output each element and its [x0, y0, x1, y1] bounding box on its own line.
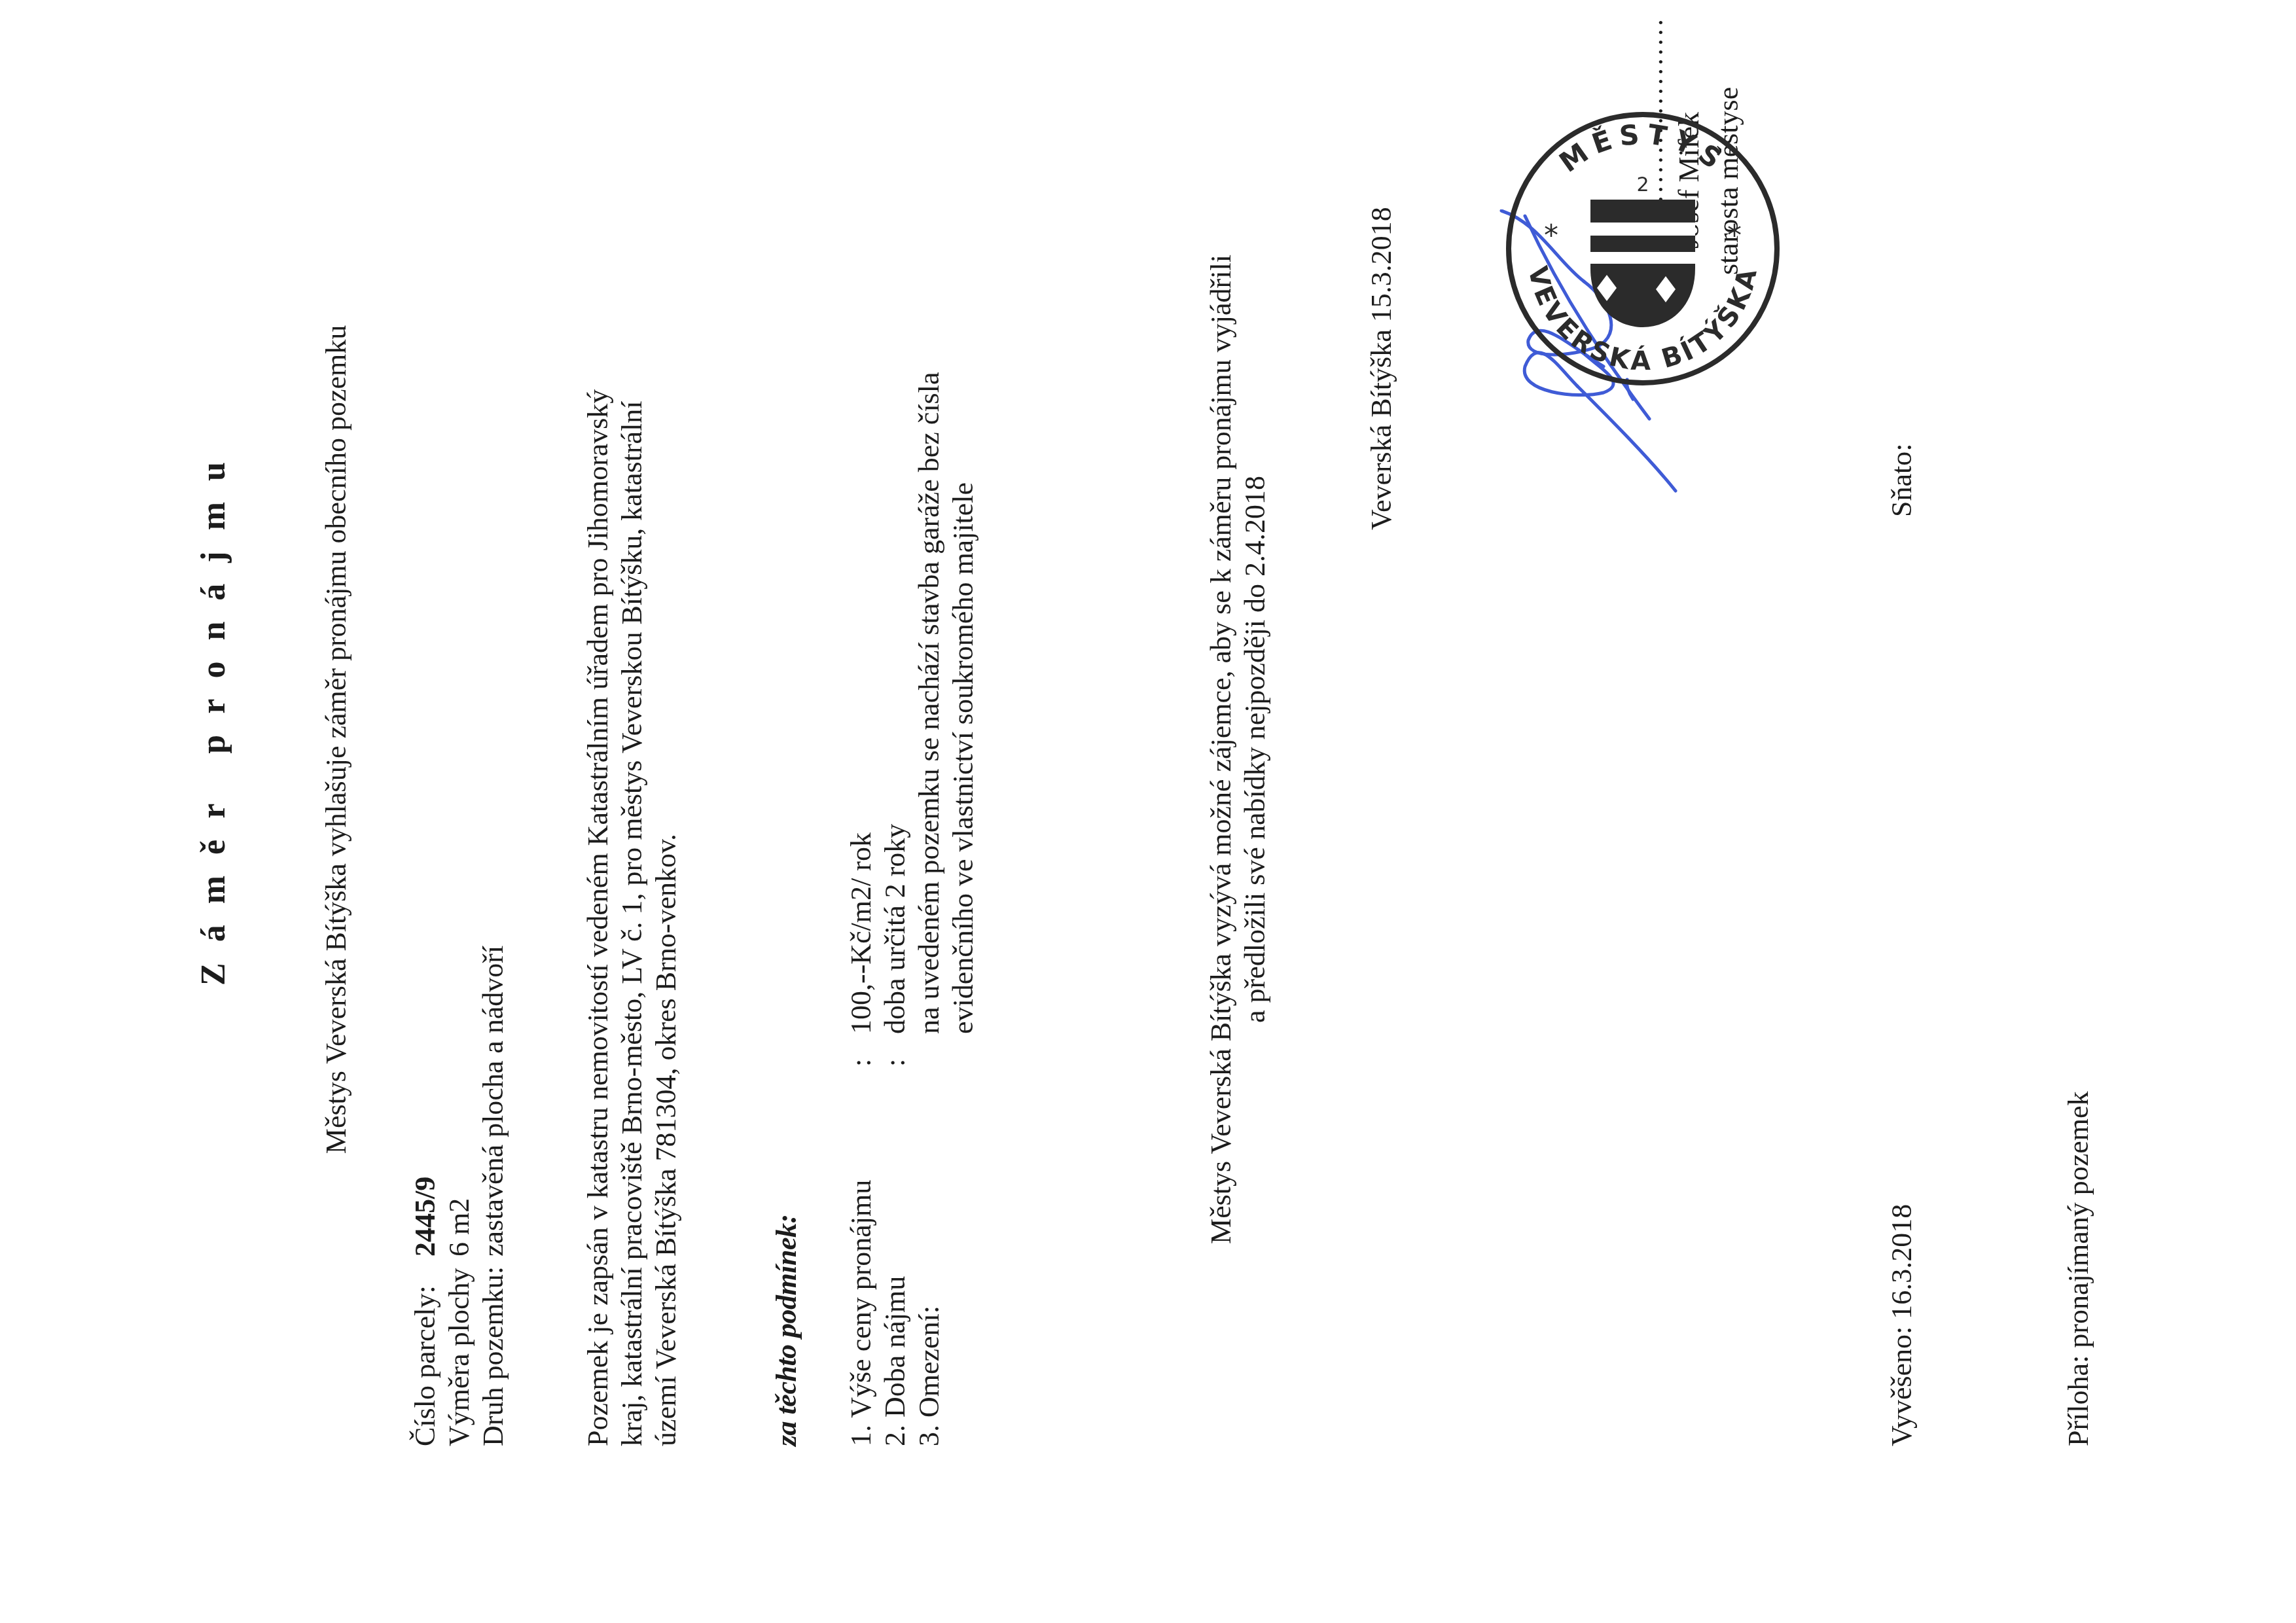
svg-text:2: 2 — [1636, 173, 1649, 196]
svg-text:*: * — [1727, 219, 1742, 253]
condition-label: 1. Výše ceny pronájmu — [844, 1180, 878, 1446]
condition-value: na uvedeném pozemku se nachází stavba ga… — [912, 372, 946, 1034]
area-value: 6 m2 — [442, 1198, 476, 1257]
land-type-value: zastavěná plocha a nádvoří — [476, 946, 511, 1257]
svg-text:MĚSTYS: MĚSTYS — [1553, 118, 1732, 179]
condition-value: 100,--Kč/m2/ rok — [844, 832, 878, 1034]
posted-date: Vyvěšeno: 16.3.2018 — [1885, 1204, 1919, 1446]
document-page: Záměr pronájmu Městys Veverská Bítýška v… — [0, 0, 2296, 1623]
attachment-note: Příloha: pronajímaný pozemek — [2062, 1091, 2096, 1446]
place-date: Veverská Bítýška 15.3.2018 — [1365, 207, 1399, 530]
condition-separator: : — [878, 1059, 912, 1067]
condition-label: 2. Doba nájmu — [878, 1276, 912, 1446]
intro-text: Městys Veverská Bítýška vyhlašuje záměr … — [319, 33, 353, 1446]
parcel-number-label: Číslo parcely: — [408, 1285, 442, 1446]
registry-line: Pozemek je zapsán v katastru nemovitostí… — [581, 389, 615, 1446]
condition-separator: : — [844, 1059, 878, 1067]
document-title: Záměr pronájmu — [194, 0, 234, 1446]
parcel-details: Číslo parcely: 2445/9 Výměra plochy 6 m2… — [408, 530, 513, 1446]
removed-date: Sňato: — [1885, 444, 1919, 517]
area-label: Výměra plochy — [442, 1268, 476, 1446]
condition-label: 3. Omezení: — [912, 1306, 946, 1446]
parcel-number-value: 2445/9 — [408, 1177, 442, 1257]
appeal-line: Městys Veverská Bítýška vyzývá možné záj… — [1204, 52, 1238, 1446]
municipal-stamp: MĚSTYS VEVERSKÁ BÍTÝŠKA 2 * * — [1499, 105, 1787, 393]
stamp-top-text: MĚSTYS — [1553, 118, 1732, 179]
land-type-label: Druh pozemku: — [476, 1266, 511, 1446]
condition-value: doba určitá 2 roky — [878, 824, 912, 1034]
conditions-heading: za těchto podmínek: — [770, 1214, 804, 1446]
svg-text:*: * — [1544, 219, 1558, 253]
appeal-paragraph: Městys Veverská Bítýška vyzývá možné záj… — [1204, 52, 1272, 1446]
condition-value: evidenčního ve vlastnictví soukromého ma… — [946, 482, 980, 1034]
registry-line: kraj, katastrální pracoviště Brno-město,… — [615, 401, 649, 1446]
registry-line: území Veverská Bítýška 781304, okres Brn… — [649, 834, 683, 1446]
appeal-line: a předložili své nabídky nejpozději do 2… — [1238, 52, 1272, 1446]
